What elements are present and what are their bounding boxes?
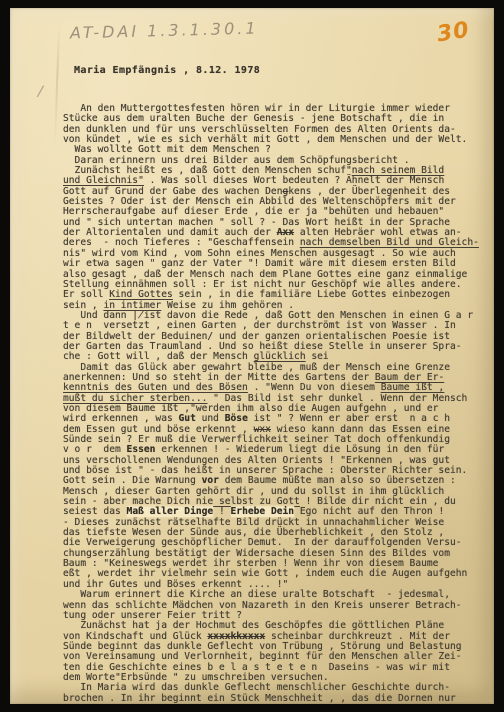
text-segment: " Das Bild ist sehr dunkel . Wenn der Me… (207, 393, 467, 404)
text-segment: ist " ? Wenn er aber erst n a c h (248, 413, 450, 424)
text-segment: deres - noch Tieferes : "Geschaffensein (63, 237, 300, 248)
text-segment: Maß aller Dinge (127, 506, 214, 517)
text-segment: wxx (254, 424, 271, 435)
text-segment: xxxxkkxxxx (207, 631, 265, 642)
text-segment: dem Baume müßte man also so übersetzen : (219, 475, 456, 486)
text-segment: Gut (179, 413, 196, 424)
text-segment: mußt du sicher sterben... (63, 393, 207, 404)
text-segment: von Kindschaft und Glück (63, 631, 207, 642)
text-segment: v o r dem (63, 444, 127, 455)
text-segment: . Was soll dieses Wort bedeuten ? Ähnelt… (144, 175, 444, 186)
text-segment: sei (306, 351, 329, 362)
text-line: brochen . In ihr beginnt ein Stück Mensc… (63, 694, 487, 704)
text-segment: sein , (63, 300, 103, 311)
text-segment: brochen . In ihr beginnt ein Stück Mensc… (63, 693, 456, 704)
text-segment: Herrscheraufgabe auf dieser Erde , die e… (63, 206, 444, 217)
text-segment: kenntnis des Guten und des Bösen (63, 382, 248, 393)
text-segment: che : Gott will , daß der Mensch (63, 351, 254, 362)
text-segment: wieso kann dann das Essen eine (271, 424, 450, 435)
text-segment: seiest das (63, 506, 127, 517)
text-segment: Ego nicht auf den Thron ! (294, 506, 444, 517)
scanned-page: AT-DAI 1.3.1.30.1 30 / Maria Empfängnis … (10, 8, 494, 704)
text-segment: dem Essen gut und böse erkennt , (63, 424, 254, 435)
text-segment: Kind Gottes (109, 289, 173, 300)
archive-code-handwriting: AT-DAI 1.3.1.30.1 (70, 19, 259, 43)
text-segment: vor (202, 475, 219, 486)
paper-crease (54, 26, 60, 146)
text-segment: sein , in die familiäre Liebe Gottes ein… (173, 289, 450, 300)
text-segment: Er soll (63, 289, 109, 300)
text-segment: . "Wenn Du von diesem (248, 382, 381, 393)
text-segment: und Gleichnis" (63, 175, 144, 186)
text-segment: Böse (225, 413, 248, 424)
text-segment: von Vereinsamung und Verlornheit, beginn… (63, 651, 462, 662)
text-segment: In Maria wird das dunkle Geflecht mensch… (63, 682, 450, 693)
text-segment: scheinbar durchkreuzt . Mit der (265, 631, 450, 642)
text-segment: wenn das schlichte Mädchen von Nazareth … (63, 600, 462, 611)
text-segment: und (196, 413, 225, 424)
typewritten-text: An den Muttergottesfesten hören wir in d… (63, 104, 487, 704)
text-segment: Baume ißt , (381, 382, 445, 393)
text-segment: erkennen ! - Wiederum liegt die Lösung i… (155, 444, 444, 455)
pencil-slash-mark: / (36, 82, 45, 101)
text-segment: wir etwa sagen " ganz der Vater "! Damit… (63, 258, 456, 269)
document-title: Maria Empfängnis , 8.12. 1978 (74, 65, 260, 76)
text-segment: Damit das Glück aber gewahrt bleibe , mu… (63, 362, 450, 373)
text-segment: Gott sein . Die Warnung (63, 475, 202, 486)
text-segment: Was wollte Gott mit dem Menschen ? (63, 144, 271, 155)
text-segment: ten die Geschichte eines b e l a s t e t… (63, 662, 450, 673)
text-segment: Stücke aus dem uralten Buche der Genesis… (63, 113, 444, 124)
text-segment: t e n versetzt , einen Garten , der durc… (63, 320, 456, 331)
text-segment: eßt , werdet ihr vielmehr sein wie Gott … (63, 568, 467, 579)
photo-background: { "colors": { "background": "#0b0a08", "… (0, 0, 504, 712)
text-segment: Weise zu ihm gehören . (161, 300, 294, 311)
text-segment: der Bildwelt der Beduinen/ und der ganze… (63, 331, 450, 342)
text-segment: also gesagt , daß der Mensch nach dem Pl… (63, 269, 467, 280)
text-segment: Erhebe Dein (231, 506, 295, 517)
text-segment: nach demselben Bild und Gleich- (300, 237, 479, 248)
text-segment: Zunächst hat ja der Hochmut des Geschöpf… (63, 620, 444, 631)
page-number-handwriting: 30 (435, 18, 471, 48)
text-segment: die Verweigerung geschöpflicher Demut. I… (63, 537, 462, 548)
text-segment: Essen (127, 444, 156, 455)
text-segment: wird erkennen , was (63, 413, 179, 424)
text-segment: Warum erinnert die Kirche an diese uralt… (63, 589, 450, 600)
text-segment: glücklich (254, 351, 306, 362)
text-segment: ! (213, 506, 230, 517)
text-segment: in intimer (103, 300, 161, 311)
